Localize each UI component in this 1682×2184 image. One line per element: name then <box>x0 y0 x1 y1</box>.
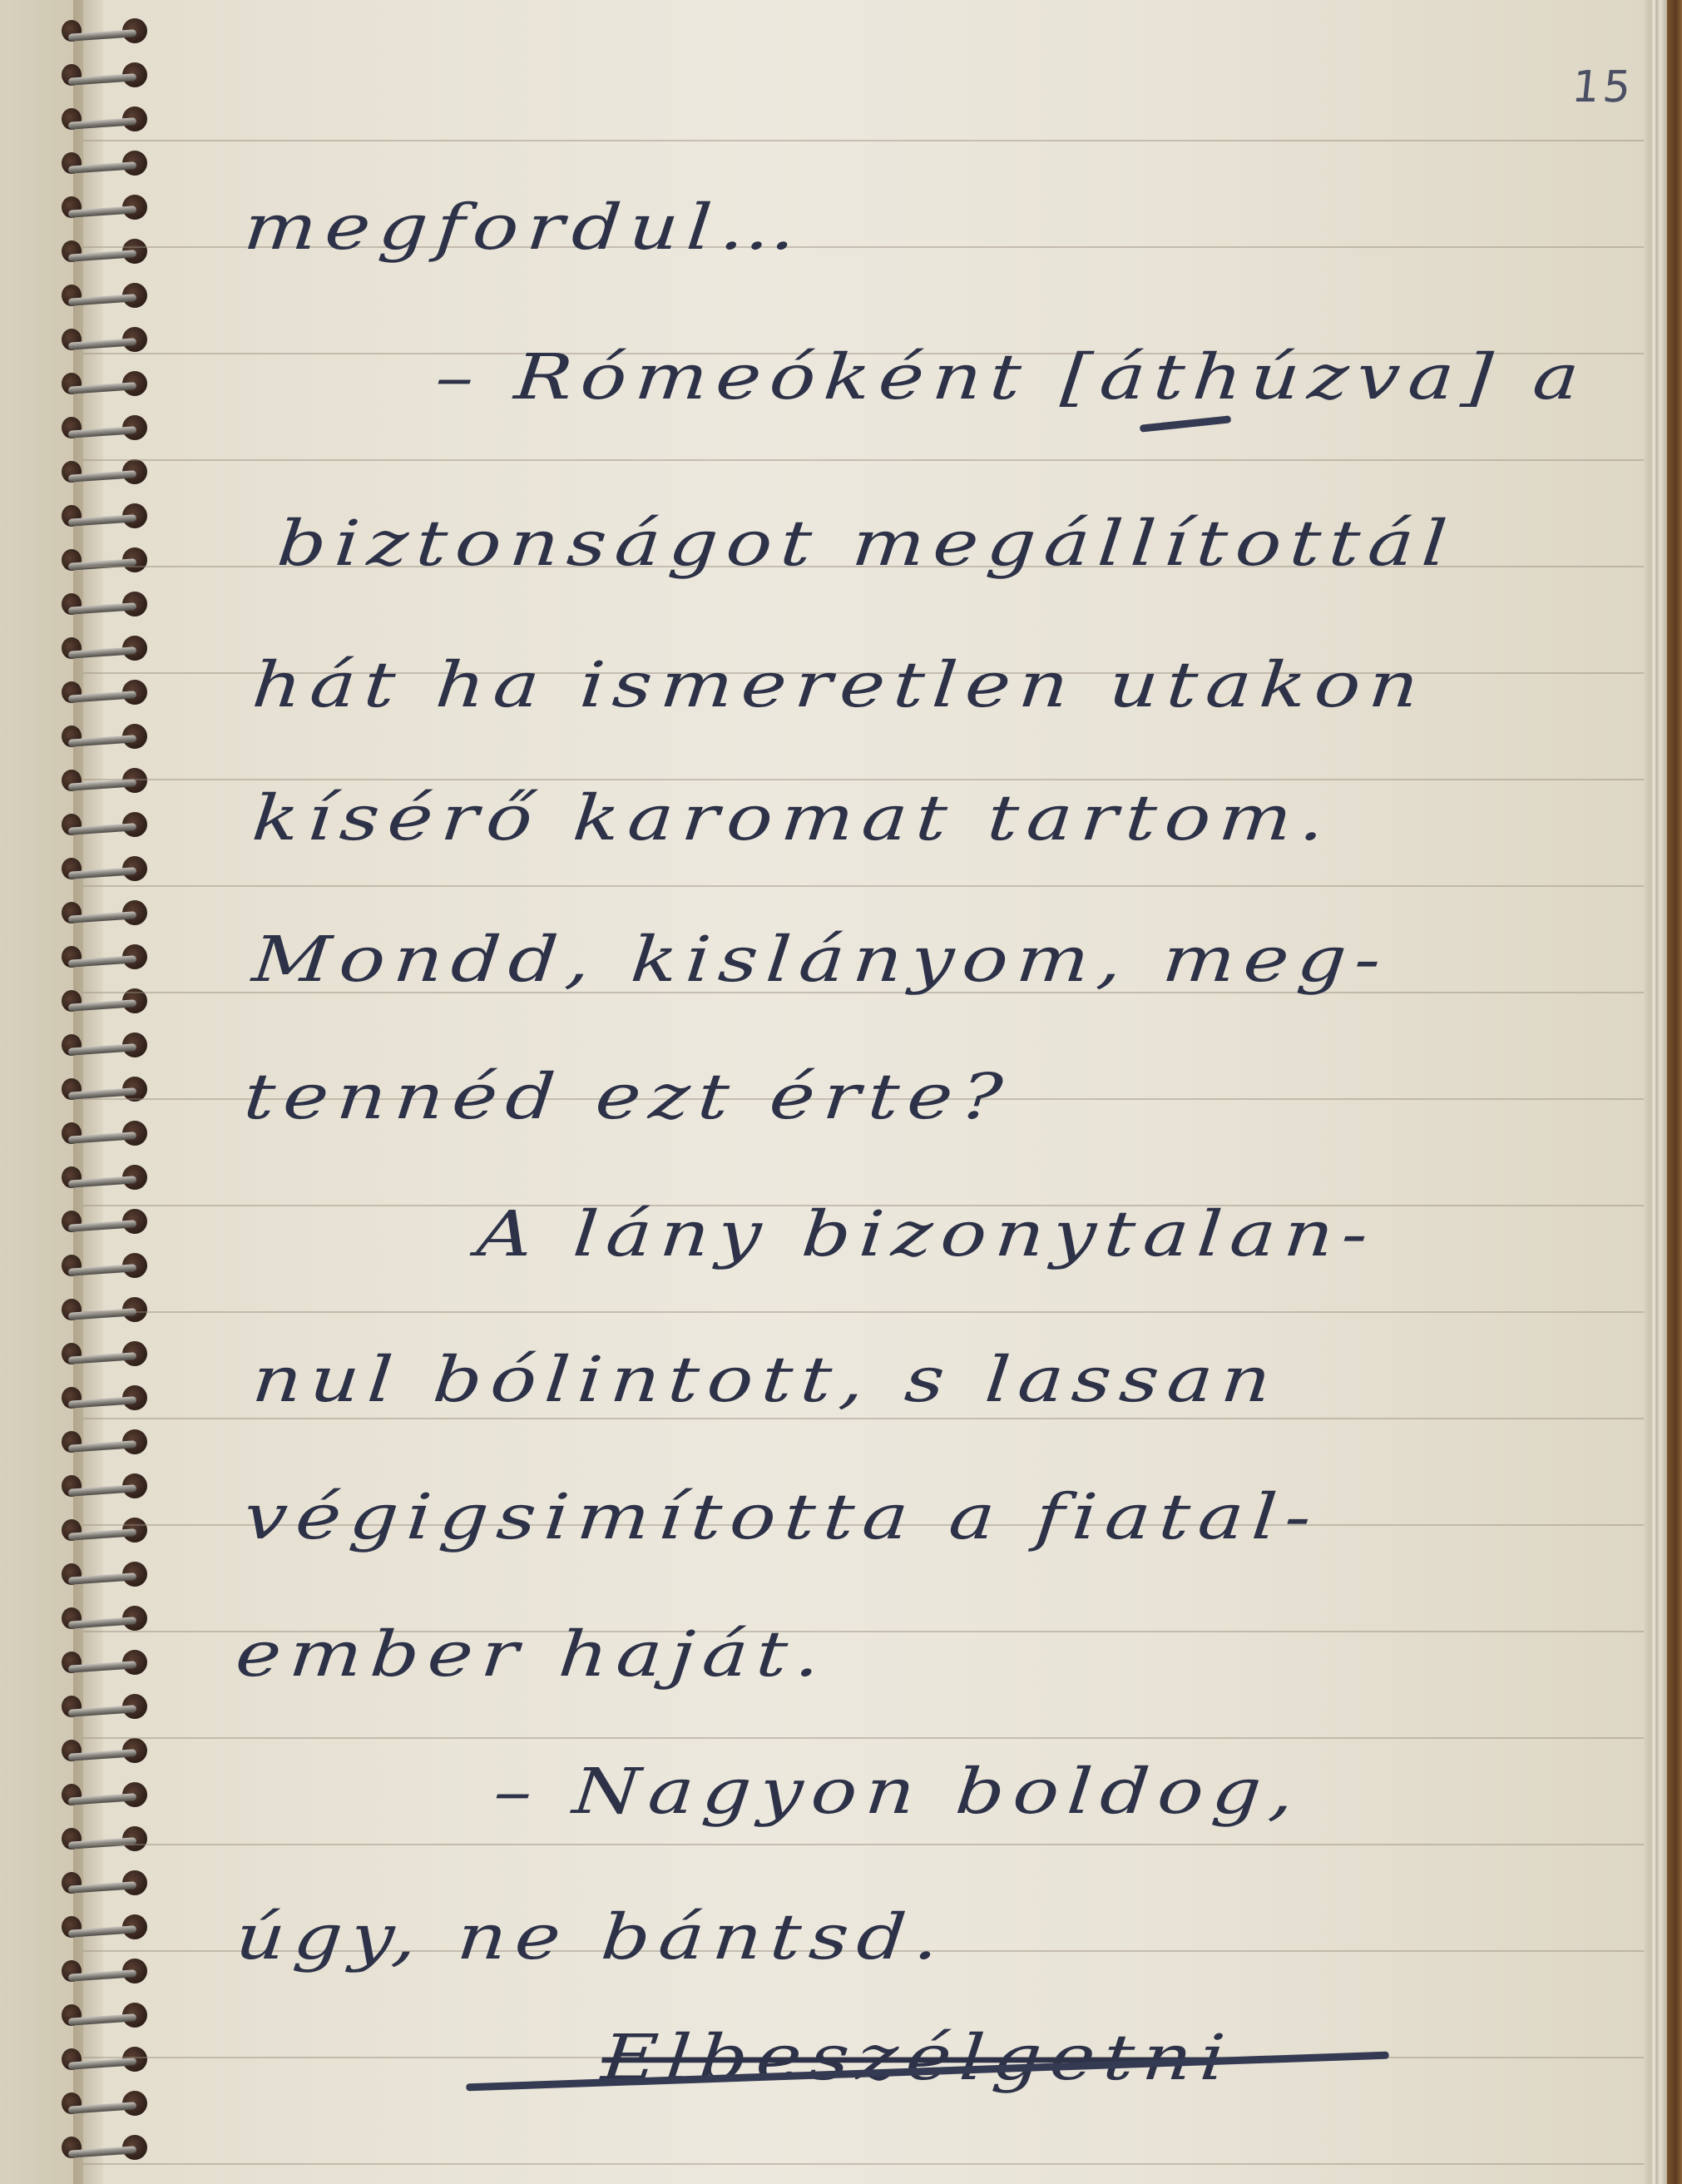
spiral-ring <box>58 1029 158 1073</box>
spiral-ring <box>58 897 158 941</box>
spiral-ring <box>58 1735 158 1779</box>
spiral-ring <box>58 1779 158 1823</box>
notebook-photo: 15 megfordul… – Rómeóként [áthúzva] a bi… <box>0 0 1682 2184</box>
page-number: 15 <box>1570 62 1636 112</box>
spiral-ring <box>58 588 158 632</box>
spiral-ring <box>58 235 158 280</box>
spiral-ring <box>58 147 158 191</box>
spiral-ring <box>58 15 158 59</box>
spiral-ring <box>58 1161 158 1206</box>
spiral-ring <box>58 368 158 412</box>
handwritten-line-6: Mondd, kislányom, meg- <box>250 923 1392 996</box>
handwritten-line-14-struck: Elbeszélgetni <box>599 2021 1236 2094</box>
spiral-ring <box>58 1602 158 1647</box>
spiral-ring <box>58 765 158 809</box>
wooden-table-edge <box>1667 0 1682 2184</box>
spiral-ring <box>58 1250 158 1294</box>
spiral-ring <box>58 2132 158 2176</box>
handwritten-line-4: hát ha ismeretlen utakon <box>250 648 1430 721</box>
spiral-ring <box>58 1911 158 1955</box>
handwritten-line-11: ember haját. <box>233 1617 831 1691</box>
spiral-ring <box>58 676 158 721</box>
handwritten-line-1: megfordul… <box>241 191 808 264</box>
spiral-ring <box>58 1470 158 1514</box>
handwritten-line-8: A lány bizonytalan- <box>474 1197 1379 1270</box>
spiral-ring <box>58 941 158 985</box>
spiral-ring <box>58 1117 158 1161</box>
spiral-ring <box>58 1382 158 1426</box>
spiral-ring <box>58 1558 158 1602</box>
spiral-ring <box>58 809 158 853</box>
ruled-line <box>83 1311 1644 1313</box>
ruled-line <box>83 779 1644 780</box>
spiral-ring <box>58 500 158 544</box>
handwritten-line-9: nul bólintott, s lassan <box>250 1343 1282 1416</box>
spiral-ring <box>58 456 158 500</box>
crossed-out-mark <box>1140 415 1231 432</box>
spiral-ring <box>58 721 158 765</box>
spiral-binding <box>58 15 158 2176</box>
ruled-line <box>83 1737 1644 1739</box>
handwritten-line-2: – Rómeóként [áthúzva] a <box>433 340 1590 414</box>
spiral-ring <box>58 1514 158 1558</box>
spiral-ring <box>58 412 158 456</box>
spiral-ring <box>58 1867 158 1911</box>
spiral-ring <box>58 191 158 235</box>
handwritten-line-10: végigsimította a fiatal- <box>241 1480 1323 1553</box>
spiral-ring <box>58 632 158 676</box>
spiral-ring <box>58 2043 158 2087</box>
spiral-ring <box>58 1426 158 1470</box>
spiral-ring <box>58 1073 158 1117</box>
handwritten-line-12: – Nagyon boldog, <box>491 1755 1305 1828</box>
ruled-line <box>83 1844 1644 1845</box>
ruled-line <box>83 1418 1644 1419</box>
ruled-line <box>83 140 1644 141</box>
spiral-ring <box>58 1206 158 1250</box>
spiral-ring <box>58 280 158 324</box>
spiral-ring <box>58 1691 158 1735</box>
spiral-ring <box>58 1294 158 1338</box>
handwritten-line-5: kísérő karomat tartom. <box>250 781 1336 854</box>
spiral-ring <box>58 1955 158 1999</box>
handwritten-line-7: tennéd ezt érte? <box>241 1060 1013 1133</box>
spiral-ring <box>58 1999 158 2043</box>
spiral-ring <box>58 2087 158 2132</box>
spiral-ring <box>58 1338 158 1382</box>
spiral-ring <box>58 853 158 897</box>
stacked-page-edges <box>1644 0 1667 2184</box>
ruled-line <box>83 885 1644 887</box>
spiral-ring <box>58 324 158 368</box>
handwritten-line-13: úgy, ne bántsd. <box>233 1900 950 1974</box>
ruled-line <box>83 2163 1644 2165</box>
spiral-ring <box>58 1647 158 1691</box>
handwritten-line-3: biztonságot megállítottál <box>275 507 1458 580</box>
spiral-ring <box>58 59 158 103</box>
ruled-line <box>83 459 1644 461</box>
